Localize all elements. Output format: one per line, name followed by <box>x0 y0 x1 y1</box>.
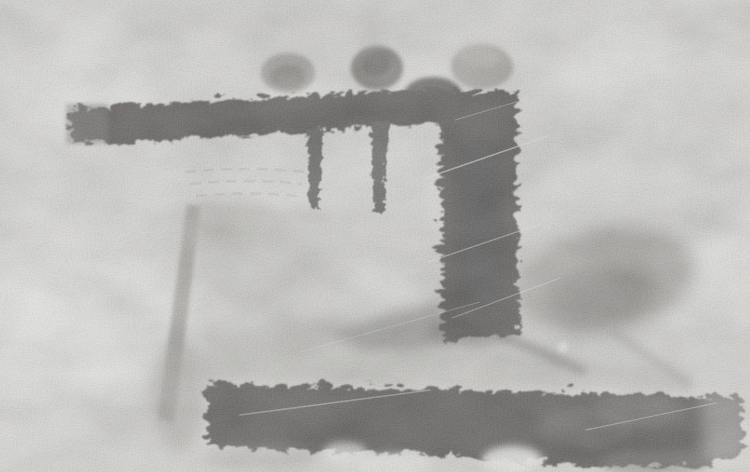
photograph-canvas <box>0 0 750 472</box>
photograph <box>0 0 750 472</box>
blotch-light-layer <box>0 0 750 472</box>
grain-overlays <box>0 0 750 472</box>
